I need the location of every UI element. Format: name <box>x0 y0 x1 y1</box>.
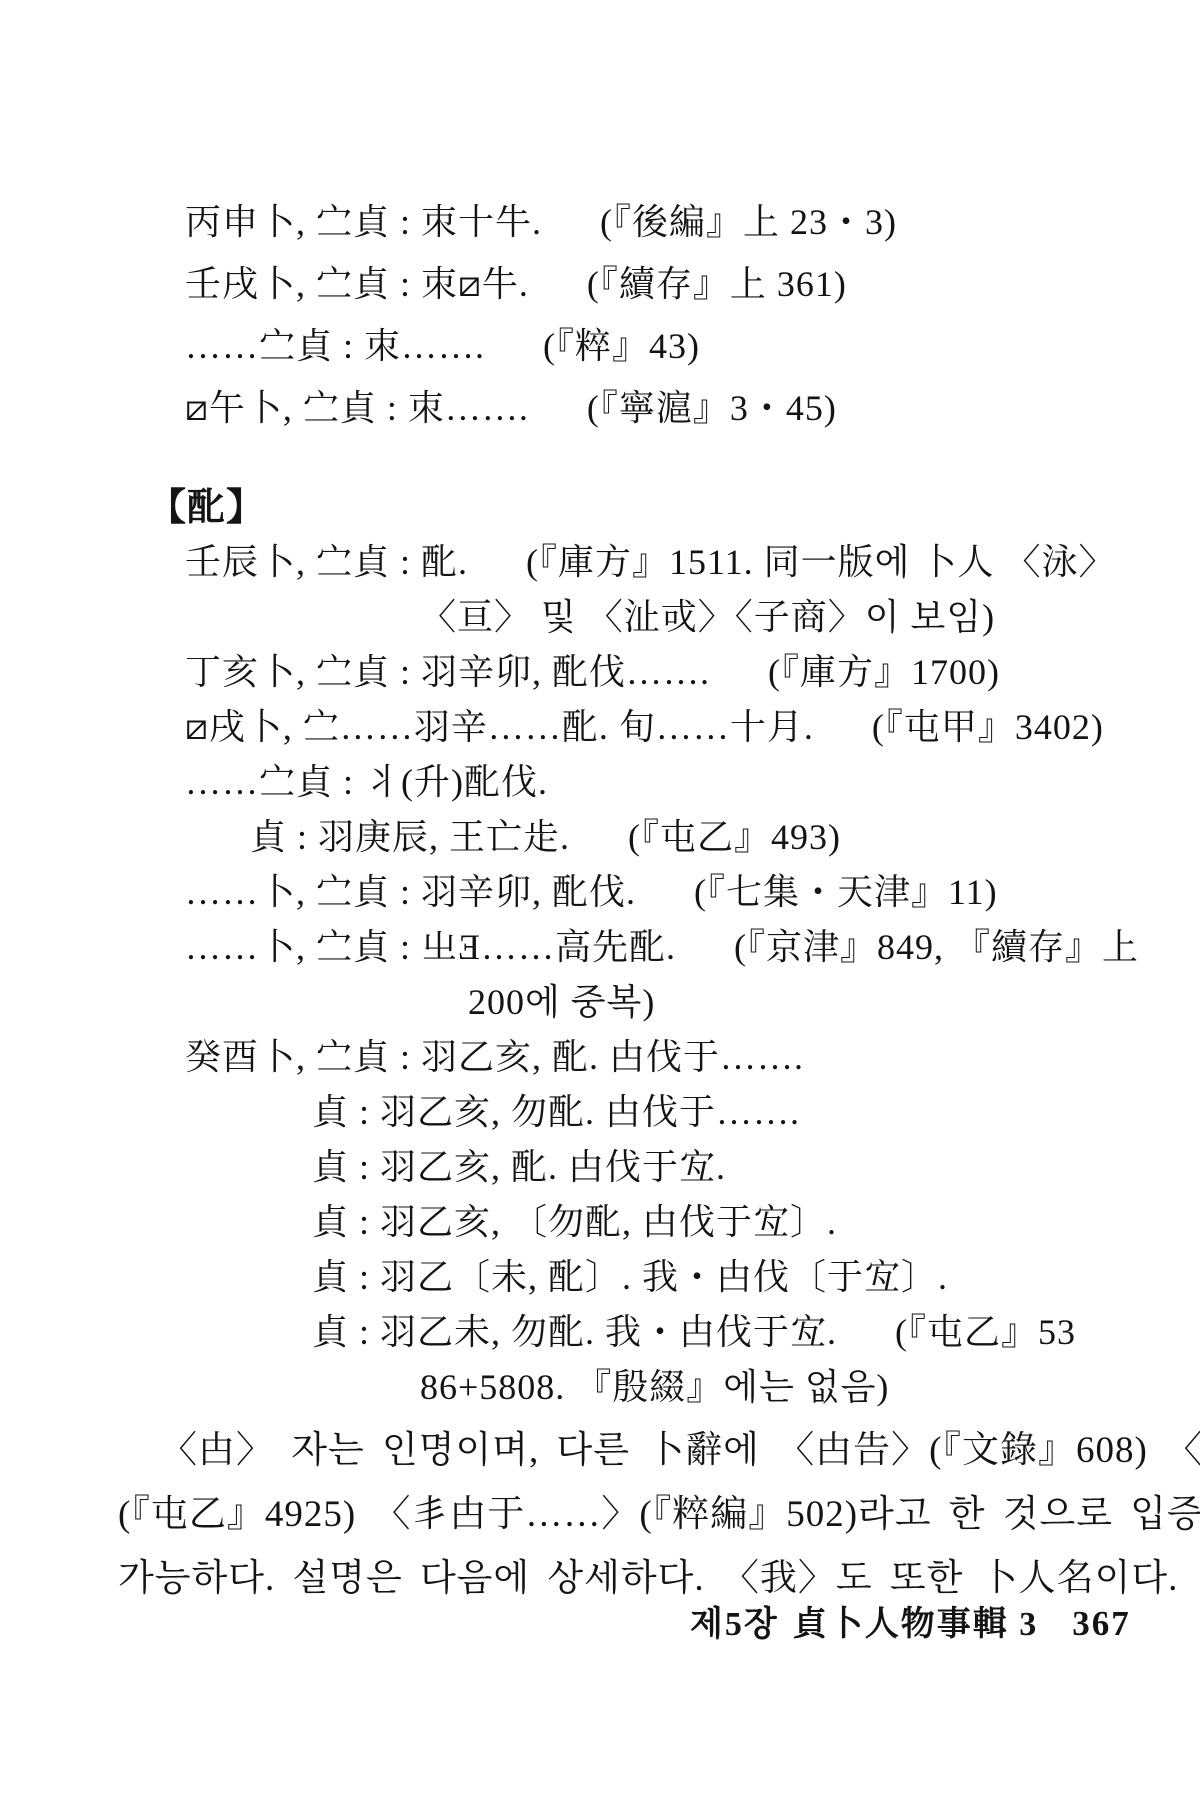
page-number: 367 <box>1072 1604 1131 1643</box>
inscription-line: 200에 중복) <box>468 980 713 1024</box>
inscription-line: 〈亘〉 및 〈沚戓〉〈子商〉이 보임) <box>420 595 1053 639</box>
source-citation: (『後編』上 23・3) <box>600 202 897 242</box>
inscription-line: 貞 : 羽庚辰, 王亡歨.(『屯乙』493) <box>250 815 841 859</box>
inscription-text: 貞 : 羽乙〔未, 䣥〕. 我・甴伐〔于宐〕. <box>312 1257 948 1297</box>
commentary-line: (『屯乙』4925) 〈丯甴于……〉(『粹編』502)라고 한 것으로 입증이 <box>118 1492 1098 1538</box>
inscription-text: 貞 : 羽乙亥, 勿䣥. 甴伐于……. <box>312 1092 800 1132</box>
inscription-text: ……㝉貞 : 朿……. <box>185 326 485 366</box>
source-citation: (『七集・天津』11) <box>694 872 998 912</box>
source-citation: (『京津』849, 『續存』上 <box>734 927 1139 967</box>
inscription-text: 貞 : 羽乙亥, 〔勿䣥, 甴伐于宐〕. <box>312 1202 837 1242</box>
inscription-text: 丙申卜, 㝉貞 : 朿十牛. <box>185 202 542 242</box>
inscription-line: ⧄戌卜, 㝉……羽辛……䣥. 旬……十月.(『屯甲』3402) <box>185 705 1104 749</box>
inscription-line: 86+5808. 『殷綴』에는 없음) <box>420 1365 947 1409</box>
scanned-book-page: 丙申卜, 㝉貞 : 朿十牛.(『後編』上 23・3) 壬戌卜, 㝉貞 : 朿⧄牛… <box>0 0 1200 1800</box>
inscription-text: 〈亘〉 및 〈沚戓〉〈子商〉이 보임) <box>420 597 995 637</box>
source-citation: (『寧滬』3・45) <box>587 388 837 428</box>
page-footer: 제5장貞卜人物事輯 3367 <box>690 1596 1131 1645</box>
inscription-line: 貞 : 羽乙亥, 勿䣥. 甴伐于……. <box>312 1090 858 1134</box>
inscription-line: 貞 : 羽乙未, 勿䣥. 我・甴伐于宐.(『屯乙』53 <box>312 1310 1076 1354</box>
inscription-text: ……㝉貞 : 丬(升)䣥伐. <box>185 762 548 802</box>
inscription-text: 壬戌卜, 㝉貞 : 朿⧄牛. <box>185 264 529 304</box>
inscription-text: 癸酉卜, 㝉貞 : 羽乙亥, 䣥. 甴伐于……. <box>185 1037 804 1077</box>
source-citation: (『屯乙』53 <box>895 1312 1076 1352</box>
inscription-text: ……卜, 㝉貞 : 㞢Ǝ……高先䣥. <box>185 927 676 967</box>
source-citation: (『粹』43) <box>543 326 700 366</box>
chapter-label: 제5장 <box>690 1606 779 1643</box>
section-header: 【䣥】 <box>148 476 265 531</box>
inscription-text: 貞 : 羽乙亥, 䣥. 甴伐于宐. <box>312 1147 726 1187</box>
chapter-title: 貞卜人物事輯 3 <box>793 1606 1039 1643</box>
inscription-text: ……卜, 㝉貞 : 羽辛卯, 䣥伐. <box>185 872 636 912</box>
source-citation: (『庫方』1700) <box>768 652 1000 692</box>
inscription-text: 貞 : 羽乙未, 勿䣥. 我・甴伐于宐. <box>312 1312 837 1352</box>
source-citation: (『續存』上 361) <box>587 264 847 304</box>
inscription-line: 丁亥卜, 㝉貞 : 羽辛卯, 䣥伐…….(『庫方』1700) <box>185 650 1000 694</box>
inscription-line: ……卜, 㝉貞 : 羽辛卯, 䣥伐.(『七集・天津』11) <box>185 870 998 914</box>
inscription-text: 貞 : 羽庚辰, 王亡歨. <box>250 817 570 857</box>
inscription-line: 貞 : 羽乙亥, 〔勿䣥, 甴伐于宐〕. <box>312 1200 895 1244</box>
inscription-text: 壬辰卜, 㝉貞 : 䣥. <box>185 542 468 582</box>
commentary-line: 〈甴〉 자는 인명이며, 다른 卜辭에 〈甴告〉(『文錄』608) 〈令甴〉 <box>160 1428 1140 1474</box>
inscription-line: 貞 : 羽乙〔未, 䣥〕. 我・甴伐〔于宐〕. <box>312 1255 1006 1299</box>
inscription-line: 壬戌卜, 㝉貞 : 朿⧄牛.(『續存』上 361) <box>185 262 847 306</box>
source-citation: (『庫方』1511. 同一版에 卜人 〈泳〉 <box>526 542 1115 582</box>
inscription-text: 200에 중복) <box>468 982 655 1022</box>
inscription-line: 貞 : 羽乙亥, 䣥. 甴伐于宐. <box>312 1145 784 1189</box>
inscription-line: ……㝉貞 : 朿…….(『粹』43) <box>185 324 700 368</box>
inscription-line: ……㝉貞 : 丬(升)䣥伐. <box>185 760 606 804</box>
source-citation: (『屯甲』3402) <box>872 707 1104 747</box>
inscription-line: 丙申卜, 㝉貞 : 朿十牛.(『後編』上 23・3) <box>185 200 897 244</box>
inscription-line: ⧄午卜, 㝉貞 : 朿…….(『寧滬』3・45) <box>185 386 837 430</box>
inscription-line: 癸酉卜, 㝉貞 : 羽乙亥, 䣥. 甴伐于……. <box>185 1035 862 1079</box>
inscription-text: 86+5808. 『殷綴』에는 없음) <box>420 1367 889 1407</box>
inscription-text: ⧄午卜, 㝉貞 : 朿……. <box>185 388 529 428</box>
inscription-line: 壬辰卜, 㝉貞 : 䣥.(『庫方』1511. 同一版에 卜人 〈泳〉 <box>185 540 1115 584</box>
inscription-line: ……卜, 㝉貞 : 㞢Ǝ……高先䣥.(『京津』849, 『續存』上 <box>185 925 1139 969</box>
inscription-text: 丁亥卜, 㝉貞 : 羽辛卯, 䣥伐……. <box>185 652 710 692</box>
inscription-text: ⧄戌卜, 㝉……羽辛……䣥. 旬……十月. <box>185 707 814 747</box>
source-citation: (『屯乙』493) <box>628 817 841 857</box>
